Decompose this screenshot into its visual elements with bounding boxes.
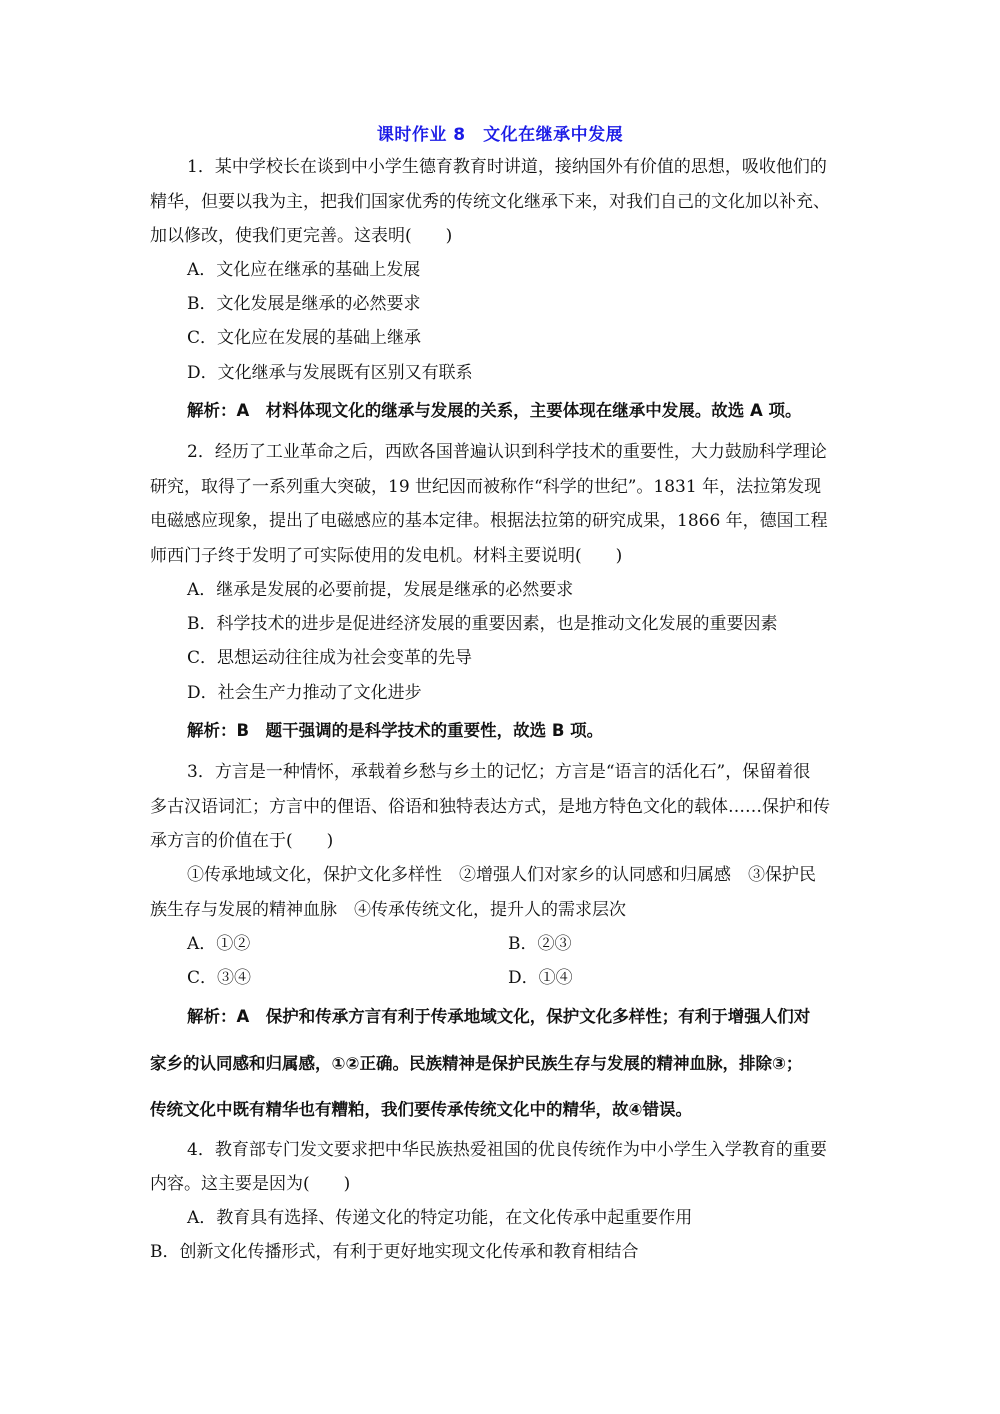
q2-option-b: B．科学技术的进步是促进经济发展的重要因素，也是推动文化发展的重要因素 [187, 613, 778, 635]
q3-stem-line-2: 多古汉语词汇；方言中的俚语、俗语和独特表达方式，是地方特色文化的载体……保护和传 [150, 796, 830, 818]
q3-items-line-1: ①传承地域文化，保护文化多样性 ②增强人们对家乡的认同感和归属感 ③保护民 [187, 864, 816, 886]
q1-option-a: A．文化应在继承的基础上发展 [187, 259, 420, 281]
q4-option-b: B．创新文化传播形式，有利于更好地实现文化传承和教育相结合 [150, 1241, 639, 1263]
q4-option-a: A．教育具有选择、传递文化的特定功能，在文化传承中起重要作用 [187, 1207, 692, 1229]
q3-option-c: C．③④ [187, 967, 251, 989]
q4-stem-line-2: 内容。这主要是因为( ) [150, 1173, 350, 1195]
q2-stem-line-4: 师西门子终于发明了可实际使用的发电机。材料主要说明( ) [150, 545, 622, 567]
q1-stem-line-1: 1．某中学校长在谈到中小学生德育教育时讲道，接纳国外有价值的思想，吸收他们的 [187, 156, 827, 178]
q4-stem-line-1: 4．教育部专门发文要求把中华民族热爱祖国的优良传统作为中小学生入学教育的重要 [187, 1139, 827, 1161]
q1-analysis: 解析：A 材料体现文化的继承与发展的关系，主要体现在继承中发展。故选 A 项。 [187, 400, 802, 422]
q1-option-b: B．文化发展是继承的必然要求 [187, 293, 421, 315]
q2-stem-line-2: 研究，取得了一系列重大突破，19 世纪因而被称作“科学的世纪”。1831 年，法… [150, 476, 821, 498]
q3-stem-line-3: 承方言的价值在于( ) [150, 830, 333, 852]
q1-option-d: D．文化继承与发展既有区别又有联系 [187, 362, 473, 384]
q3-option-a: A．①② [187, 933, 250, 955]
q2-stem-line-3: 电磁感应现象，提出了电磁感应的基本定律。根据法拉第的研究成果，1866 年，德国… [150, 510, 828, 532]
q3-option-d: D．①④ [508, 967, 573, 989]
q2-option-d: D．社会生产力推动了文化进步 [187, 682, 422, 704]
q2-stem-line-1: 2．经历了工业革命之后，西欧各国普遍认识到科学技术的重要性，大力鼓励科学理论 [187, 441, 827, 463]
q3-analysis-line-2: 家乡的认同感和归属感，①②正确。民族精神是保护民族生存与发展的精神血脉，排除③； [150, 1053, 802, 1075]
q1-stem-line-2: 精华，但要以我为主，把我们国家优秀的传统文化继承下来，对我们自己的文化加以补充、 [150, 191, 830, 213]
document-page: 课时作业 8 文化在继承中发展 1．某中学校长在谈到中小学生德育教育时讲道，接纳… [0, 0, 1000, 1414]
q3-items-line-2: 族生存与发展的精神血脉 ④传承传统文化，提升人的需求层次 [150, 899, 626, 921]
q2-option-c: C．思想运动往往成为社会变革的先导 [187, 647, 472, 669]
q1-stem-line-3: 加以修改，使我们更完善。这表明( ) [150, 225, 452, 247]
q3-analysis-line-1: 解析：A 保护和传承方言有利于传承地域文化，保护文化多样性；有利于增强人们对 [187, 1006, 810, 1028]
q3-option-b: B．②③ [508, 933, 572, 955]
q3-analysis-line-3: 传统文化中既有精华也有糟粕，我们要传承传统文化中的精华，故④错误。 [150, 1099, 692, 1121]
q3-stem-line-1: 3．方言是一种情怀，承载着乡愁与乡土的记忆；方言是“语言的活化石”，保留着很 [187, 761, 810, 783]
page-title: 课时作业 8 文化在继承中发展 [0, 120, 1000, 145]
q2-option-a: A．继承是发展的必要前提，发展是继承的必然要求 [187, 579, 573, 601]
q1-option-c: C．文化应在发展的基础上继承 [187, 327, 421, 349]
q2-analysis: 解析：B 题干强调的是科学技术的重要性，故选 B 项。 [187, 720, 603, 742]
